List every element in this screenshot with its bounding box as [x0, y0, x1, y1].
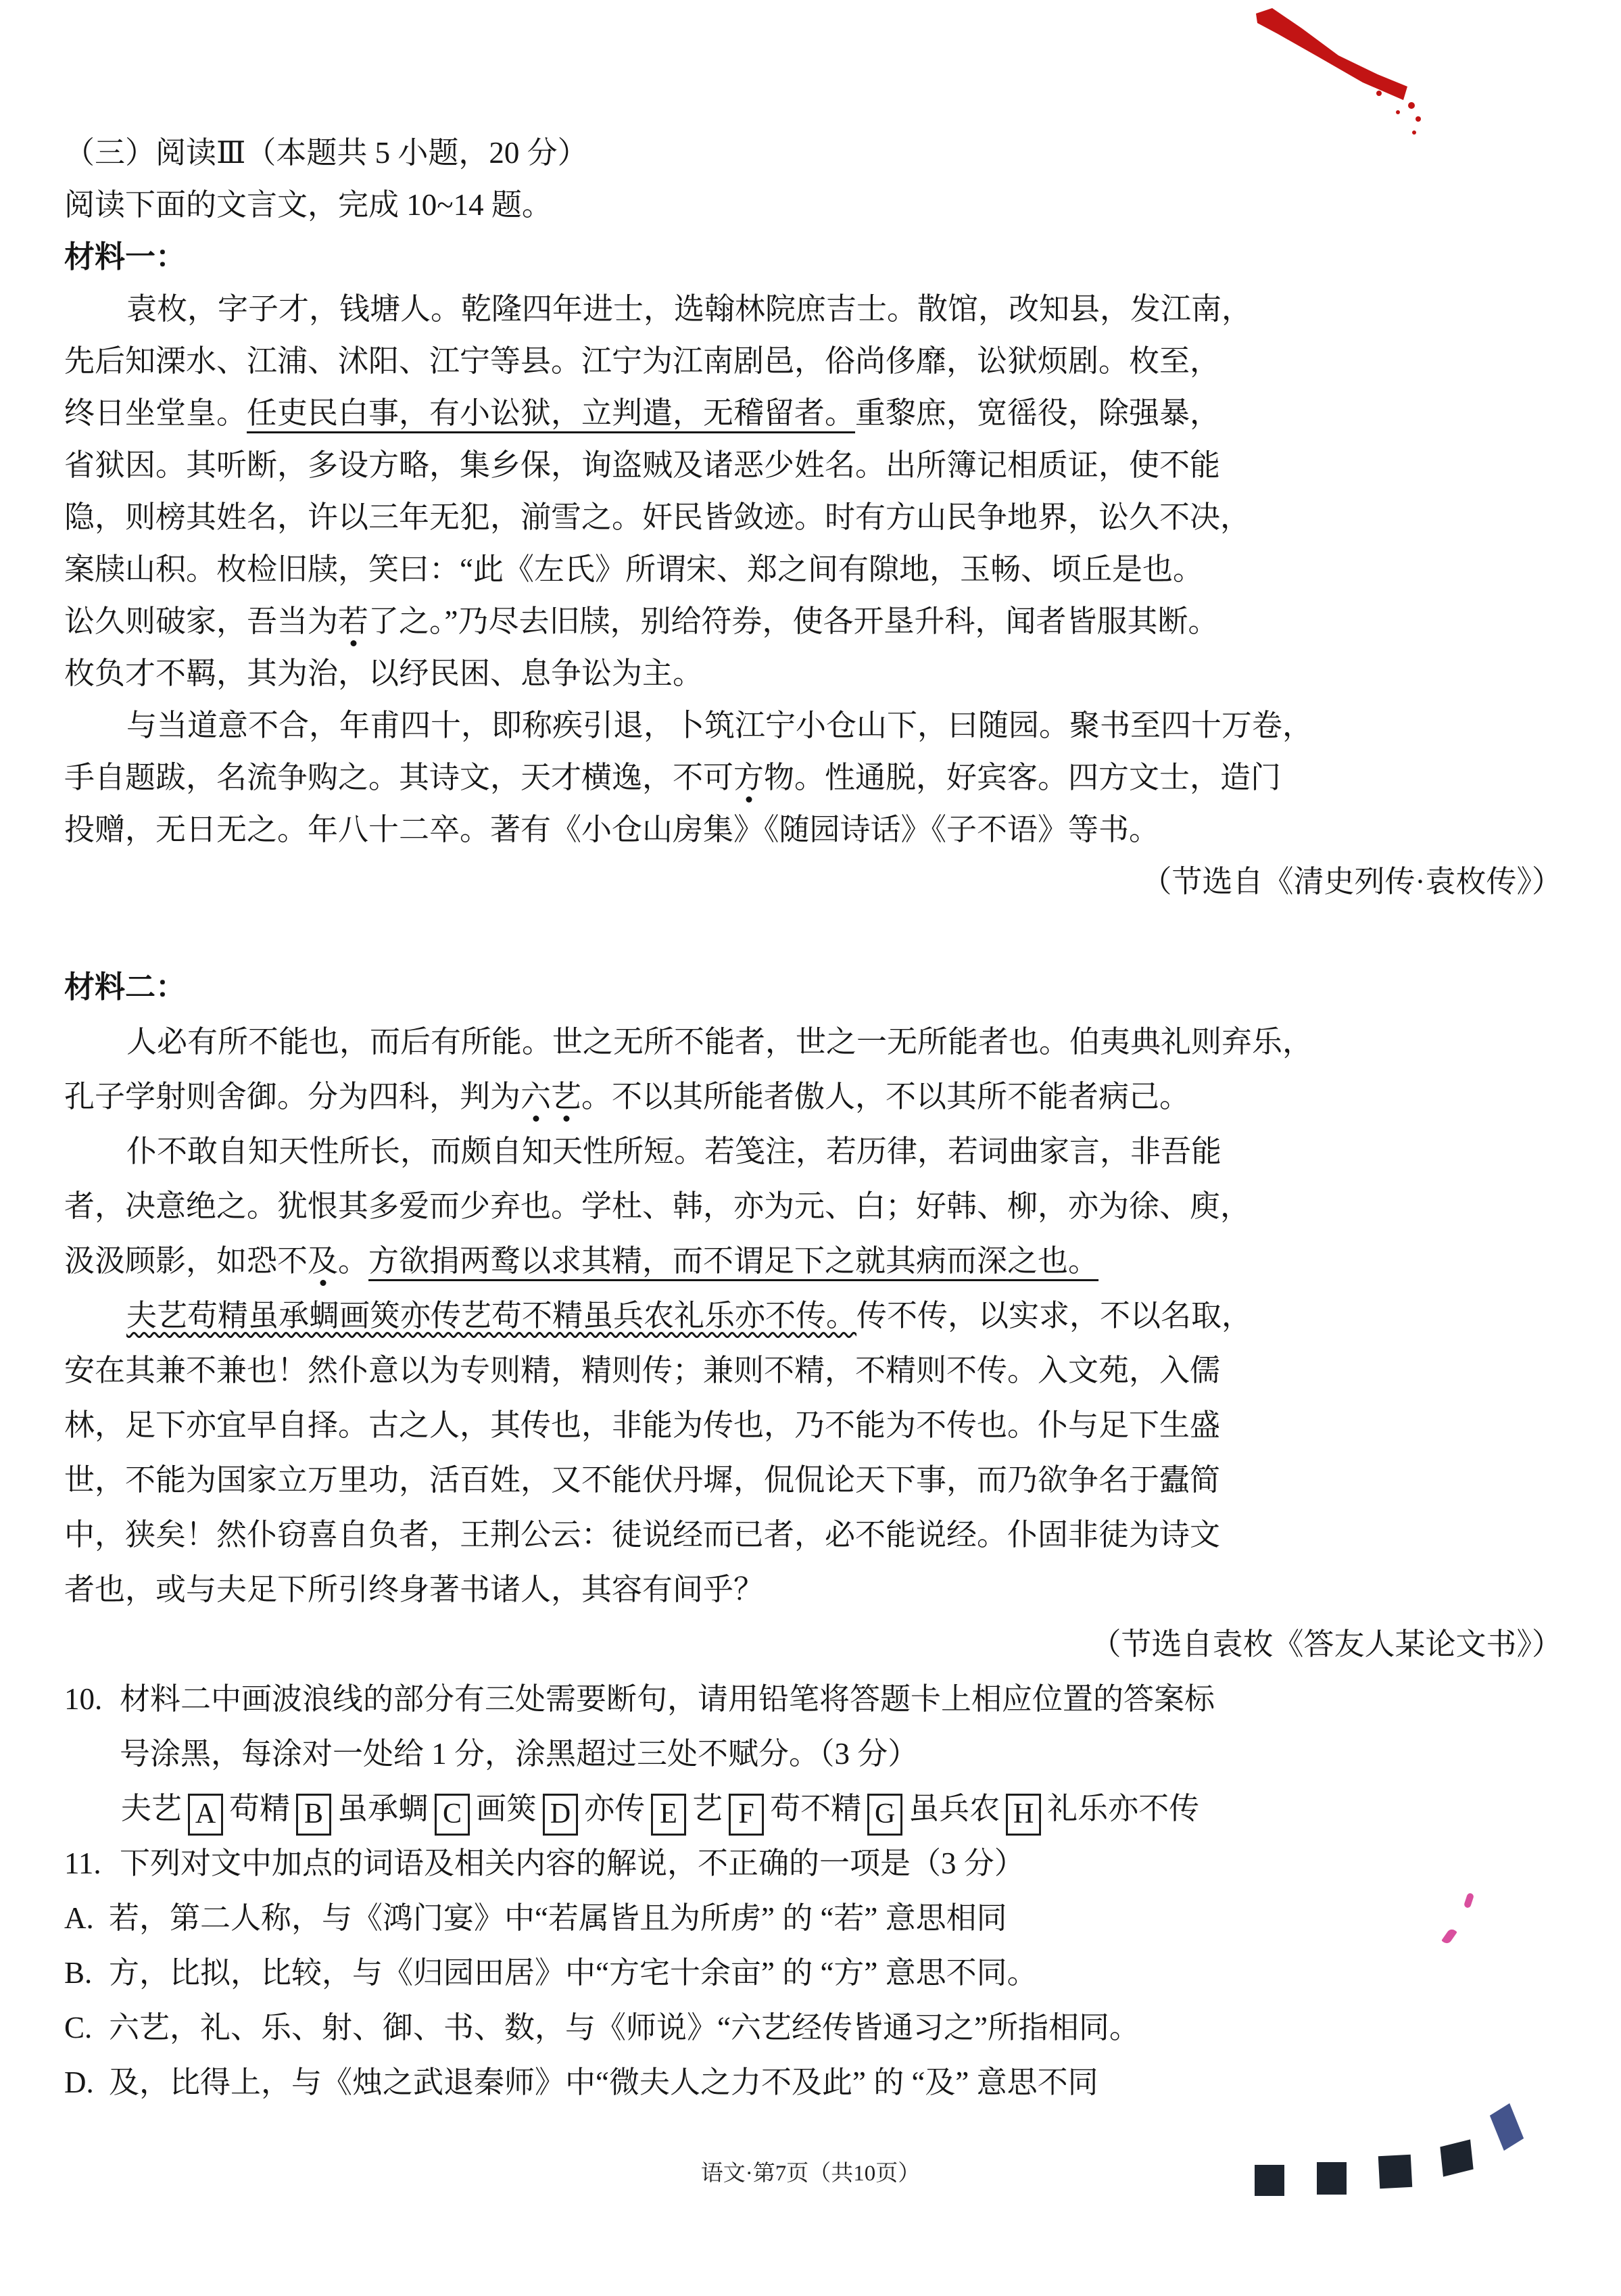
question-text-line: 材料二中画波浪线的部分有三处需要断句，请用铅笔将答题卡上相应位置的答案标	[120, 1672, 1572, 1727]
text-line: 讼久则破家，吾当为若了之。”乃尽去旧牍，别给符券，使各开垦升科，闻者皆服其断。	[64, 596, 1572, 648]
material-1-text: 袁枚，字子才，钱塘人。乾隆四年进士，选翰林院庶吉士。散馆，改知县，发江南，先后知…	[64, 283, 1572, 856]
option-label: A.	[64, 1891, 109, 1946]
answer-box-G: G	[867, 1794, 902, 1836]
text-run: 者，决意绝之。犹恨其多爱而少弃也。学杜、韩，亦为元、白；好韩、柳，亦为徐、庾，	[64, 1189, 1251, 1223]
underlined-text: 方欲捐两鹜以求其精，而不谓足下之就其病而深之也。	[368, 1244, 1098, 1278]
strip-text: 夫艺	[121, 1792, 182, 1825]
text-line: 汲汲顾影，如恐不及。方欲捐两鹜以求其精，而不谓足下之就其病而深之也。	[64, 1234, 1572, 1289]
text-run: 投赠，无日无之。年八十二卒。著有《小仓山房集》《随园诗话》《子不语》等书。	[64, 813, 1159, 846]
emphasis-dotted-text: 若	[338, 604, 368, 638]
question-10-text: 材料二中画波浪线的部分有三处需要断句，请用铅笔将答题卡上相应位置的答案标号涂黑，…	[120, 1672, 1572, 1781]
text-run: 传不传，以实求，不以名取，	[856, 1299, 1252, 1333]
answer-box-F: F	[729, 1794, 764, 1836]
material-1-source: （节选自《清史列传·袁枚传》）	[64, 856, 1572, 908]
text-line: 者也，或与夫足下所引终身著书诸人，其容有间乎？	[64, 1562, 1572, 1617]
option-label: C.	[64, 2001, 109, 2055]
question-text-line: 号涂黑，每涂对一处给 1 分，涂黑超过三处不赋分。（3 分）	[120, 1727, 1572, 1781]
text-run: 物。性通脱，好宾客。四方文士，造门	[764, 761, 1281, 794]
question-10-answer-strip: 夫艺A苟精B虽承蜩C画筴D亦传E艺F苟不精G虽兵农H礼乐亦不传	[64, 1781, 1572, 1836]
text-line: 中，狭矣！然仆窃喜自负者，王荆公云：徒说经而已者，必不能说经。仆固非徒为诗文	[64, 1508, 1572, 1562]
text-run: 枚负才不羁，其为治，以纾民困、息争讼为主。	[64, 656, 703, 690]
text-run: 林，足下亦宜早自择。古之人，其传也，非能为传也，乃不能为不传也。仆与足下生盛	[64, 1408, 1220, 1442]
text-line: 仆不敢自知天性所长，而颇自知天性所短。若笺注，若历律，若词曲家言，非吾能	[64, 1124, 1572, 1179]
option-label: D.	[64, 2055, 109, 2110]
registration-square	[1378, 2155, 1412, 2189]
strip-text: 苟精	[229, 1792, 290, 1825]
text-line: 案牍山积。枚检旧牍，笑曰：“此《左氏》所谓宋、郑之间有隙地，玉畅、顷丘是也。	[64, 544, 1572, 596]
text-line: 夫艺苟精虽承蜩画筴亦传艺苟不精虽兵农礼乐亦不传。传不传，以实求，不以名取，	[64, 1289, 1572, 1343]
text-run: 隐，则榜其姓名，许以三年无犯，湔雪之。奸民皆敛迹。时有方山民争地界，讼久不决，	[64, 500, 1251, 534]
emphasis-dotted-char: 方	[733, 761, 764, 794]
text-run: 。	[338, 1244, 368, 1278]
text-run: 了之。”乃尽去旧牍，别给符券，使各开垦升科，闻者皆服其断。	[368, 604, 1218, 638]
text-run: 手自题跋，名流争购之。其诗文，天才横逸，不可	[64, 761, 733, 794]
reading-section: （三）阅读Ⅲ（本题共 5 小题，20 分） 阅读下面的文言文，完成 10~14 …	[64, 127, 1572, 908]
text-run: 仆不敢自知天性所长，而颇自知天性所短。若笺注，若历律，若词曲家言，非吾能	[126, 1134, 1221, 1168]
registration-square	[1255, 2165, 1284, 2196]
text-line: 隐，则榜其姓名，许以三年无犯，湔雪之。奸民皆敛迹。时有方山民争地界，讼久不决，	[64, 492, 1572, 544]
section-instruction: 阅读下面的文言文，完成 10~14 题。	[64, 179, 1572, 231]
strip-text: 画筴	[476, 1792, 537, 1825]
text-line: 者，决意绝之。犹恨其多爱而少弃也。学杜、韩，亦为元、白；好韩、柳，亦为徐、庾，	[64, 1179, 1572, 1234]
text-line: 孔子学射则舍御。分为四科，判为六艺。不以其所能者傲人，不以其所不能者病己。	[64, 1070, 1572, 1124]
answer-box-H: H	[1006, 1794, 1041, 1836]
text-line: 先后知溧水、江浦、沭阳、江宁等县。江宁为江南剧邑，俗尚侈靡，讼狱烦剧。枚至，	[64, 335, 1572, 387]
text-run: 案牍山积。枚检旧牍，笑曰：“此《左氏》所谓宋、郑之间有隙地，玉畅、顷丘是也。	[64, 552, 1203, 586]
text-line: 手自题跋，名流争购之。其诗文，天才横逸，不可方物。性通脱，好宾客。四方文士，造门	[64, 752, 1572, 804]
option-c: C.六艺，礼、乐、射、御、书、数，与《师说》“六艺经传皆通习之”所指相同。	[64, 2001, 1572, 2055]
text-line: 人必有所不能也，而后有所能。世之无所不能者，世之一无所能者也。伯夷典礼则弃乐，	[64, 1015, 1572, 1070]
registration-mark-blue	[1490, 2103, 1524, 2151]
option-text: 六艺，礼、乐、射、御、书、数，与《师说》“六艺经传皆通习之”所指相同。	[109, 2001, 1572, 2055]
strip-text: 虽兵农	[909, 1792, 1000, 1825]
option-b: B.方，比拟，比较，与《归园田居》中“方宅十余亩” 的 “方” 意思不同。	[64, 1946, 1572, 2001]
emphasis-dotted-char: 及	[308, 1244, 338, 1278]
text-line: 省狱因。其听断，多设方略，集乡保，询盗贼及诸恶少姓名。出所簿记相质证，使不能	[64, 439, 1572, 492]
text-run: 孔子学射则舍御。分为四科，判为	[64, 1080, 521, 1114]
emphasis-dotted-char: 艺	[551, 1080, 581, 1114]
registration-square	[1317, 2162, 1347, 2195]
answer-box-D: D	[543, 1794, 578, 1836]
text-run: 与当道意不合，年甫四十，即称疾引退，卜筑江宁小仓山下，曰随园。聚书至四十万卷，	[126, 709, 1313, 742]
material-1-label: 材料一：	[64, 231, 1572, 283]
question-11-text: 下列对文中加点的词语及相关内容的解说，不正确的一项是（3 分）	[120, 1836, 1572, 1891]
text-run: 。不以其所能者傲人，不以其所不能者病己。	[581, 1080, 1190, 1114]
text-run: 重黎庶，宽徭役，除强暴，	[855, 396, 1220, 430]
strip-text: 苟不精	[770, 1792, 861, 1825]
material-2-section: 材料二： 人必有所不能也，而后有所能。世之无所不能者，世之一无所能者也。伯夷典礼…	[64, 960, 1572, 2110]
question-11-number: 11.	[64, 1836, 120, 1891]
red-scan-mark	[1237, 5, 1440, 141]
emphasis-dotted-char: 六	[521, 1080, 551, 1114]
material-2-label: 材料二：	[64, 960, 1572, 1015]
text-line: 与当道意不合，年甫四十，即称疾引退，卜筑江宁小仓山下，曰随园。聚书至四十万卷，	[64, 700, 1572, 752]
strip-text: 艺	[692, 1792, 723, 1825]
option-text: 方，比拟，比较，与《归园田居》中“方宅十余亩” 的 “方” 意思不同。	[109, 1946, 1572, 2001]
option-text: 及，比得上，与《烛之武退秦师》中“微夫人之力不及此” 的 “及” 意思不同	[109, 2055, 1572, 2110]
text-run: 中，狭矣！然仆窃喜自负者，王荆公云：徒说经而已者，必不能说经。仆固非徒为诗文	[64, 1518, 1220, 1552]
underlined-text: 任吏民白事，有小讼狱，立判遣，无稽留者。	[247, 396, 855, 430]
option-label: B.	[64, 1946, 109, 2001]
answer-box-E: E	[651, 1794, 686, 1836]
material-2-text: 人必有所不能也，而后有所能。世之无所不能者，世之一无所能者也。伯夷典礼则弃乐，孔…	[64, 1015, 1572, 1617]
text-line: 终日坐堂皇。任吏民白事，有小讼狱，立判遣，无稽留者。重黎庶，宽徭役，除强暴，	[64, 387, 1572, 439]
text-run: 袁枚，字子才，钱塘人。乾隆四年进士，选翰林院庶吉士。散馆，改知县，发江南，	[126, 292, 1252, 326]
text-line: 林，足下亦宜早自择。古之人，其传也，非能为传也，乃不能为不传也。仆与足下生盛	[64, 1398, 1572, 1453]
question-10-number: 10.	[64, 1672, 120, 1727]
question-10: 10. 材料二中画波浪线的部分有三处需要断句，请用铅笔将答题卡上相应位置的答案标…	[64, 1672, 1572, 1781]
text-line: 世，不能为国家立万里功，活百姓，又不能伏丹墀，侃侃论天下事，而乃欲争名于蠹简	[64, 1453, 1572, 1508]
answer-box-C: C	[435, 1794, 470, 1836]
text-line: 枚负才不羁，其为治，以纾民困、息争讼为主。	[64, 648, 1572, 700]
emphasis-dotted-text: 六艺	[521, 1080, 581, 1114]
section-title: （三）阅读Ⅲ（本题共 5 小题，20 分）	[64, 127, 1572, 179]
answer-box-A: A	[188, 1794, 223, 1836]
text-line: 袁枚，字子才，钱塘人。乾隆四年进士，选翰林院庶吉士。散馆，改知县，发江南，	[64, 283, 1572, 335]
text-run: 先后知溧水、江浦、沭阳、江宁等县。江宁为江南剧邑，俗尚侈靡，讼狱烦剧。枚至，	[64, 344, 1220, 378]
strip-text: 虽承蜩	[337, 1792, 429, 1825]
question-11: 11. 下列对文中加点的词语及相关内容的解说，不正确的一项是（3 分）	[64, 1836, 1572, 1891]
text-run: 省狱因。其听断，多设方略，集乡保，询盗贼及诸恶少姓名。出所簿记相质证，使不能	[64, 448, 1220, 482]
question-11-options: A.若，第二人称，与《鸿门宴》中“若属皆且为所虏” 的 “若” 意思相同B.方，…	[64, 1891, 1572, 2110]
text-run: 安在其兼不兼也！然仆意以为专则精，精则传；兼则不精，不精则不传。入文苑，入儒	[64, 1354, 1220, 1387]
strip-text: 礼乐亦不传	[1047, 1792, 1199, 1825]
question-text-line: 下列对文中加点的词语及相关内容的解说，不正确的一项是（3 分）	[120, 1836, 1572, 1891]
text-run: 世，不能为国家立万里功，活百姓，又不能伏丹墀，侃侃论天下事，而乃欲争名于蠹简	[64, 1463, 1220, 1497]
text-line: 投赠，无日无之。年八十二卒。著有《小仓山房集》《随园诗话》《子不语》等书。	[64, 804, 1572, 856]
text-run: 讼久则破家，吾当为	[64, 604, 338, 638]
material-2-source: （节选自袁枚《答友人某论文书》）	[64, 1617, 1572, 1672]
text-run: 者也，或与夫足下所引终身著书诸人，其容有间乎？	[64, 1573, 764, 1606]
emphasis-dotted-text: 方	[733, 761, 764, 794]
wavy-underlined-text: 夫艺苟精虽承蜩画筴亦传艺苟不精虽兵农礼乐亦不传。	[126, 1299, 856, 1333]
strip-text: 亦传	[584, 1792, 645, 1825]
option-a: A.若，第二人称，与《鸿门宴》中“若属皆且为所虏” 的 “若” 意思相同	[64, 1891, 1572, 1946]
text-run: 人必有所不能也，而后有所能。世之无所不能者，世之一无所能者也。伯夷典礼则弃乐，	[126, 1025, 1313, 1059]
answer-box-B: B	[296, 1794, 331, 1836]
exam-paper-page: （三）阅读Ⅲ（本题共 5 小题，20 分） 阅读下面的文言文，完成 10~14 …	[0, 0, 1621, 2296]
emphasis-dotted-char: 若	[338, 604, 368, 638]
text-line: 安在其兼不兼也！然仆意以为专则精，精则传；兼则不精，不精则不传。入文苑，入儒	[64, 1343, 1572, 1398]
text-run: 汲汲顾影，如恐不	[64, 1244, 308, 1278]
text-run: 终日坐堂皇。	[64, 396, 247, 430]
emphasis-dotted-text: 及	[308, 1244, 338, 1278]
page-content: （三）阅读Ⅲ（本题共 5 小题，20 分） 阅读下面的文言文，完成 10~14 …	[64, 127, 1572, 2110]
option-text: 若，第二人称，与《鸿门宴》中“若属皆且为所虏” 的 “若” 意思相同	[109, 1891, 1572, 1946]
option-d: D.及，比得上，与《烛之武退秦师》中“微夫人之力不及此” 的 “及” 意思不同	[64, 2055, 1572, 2110]
